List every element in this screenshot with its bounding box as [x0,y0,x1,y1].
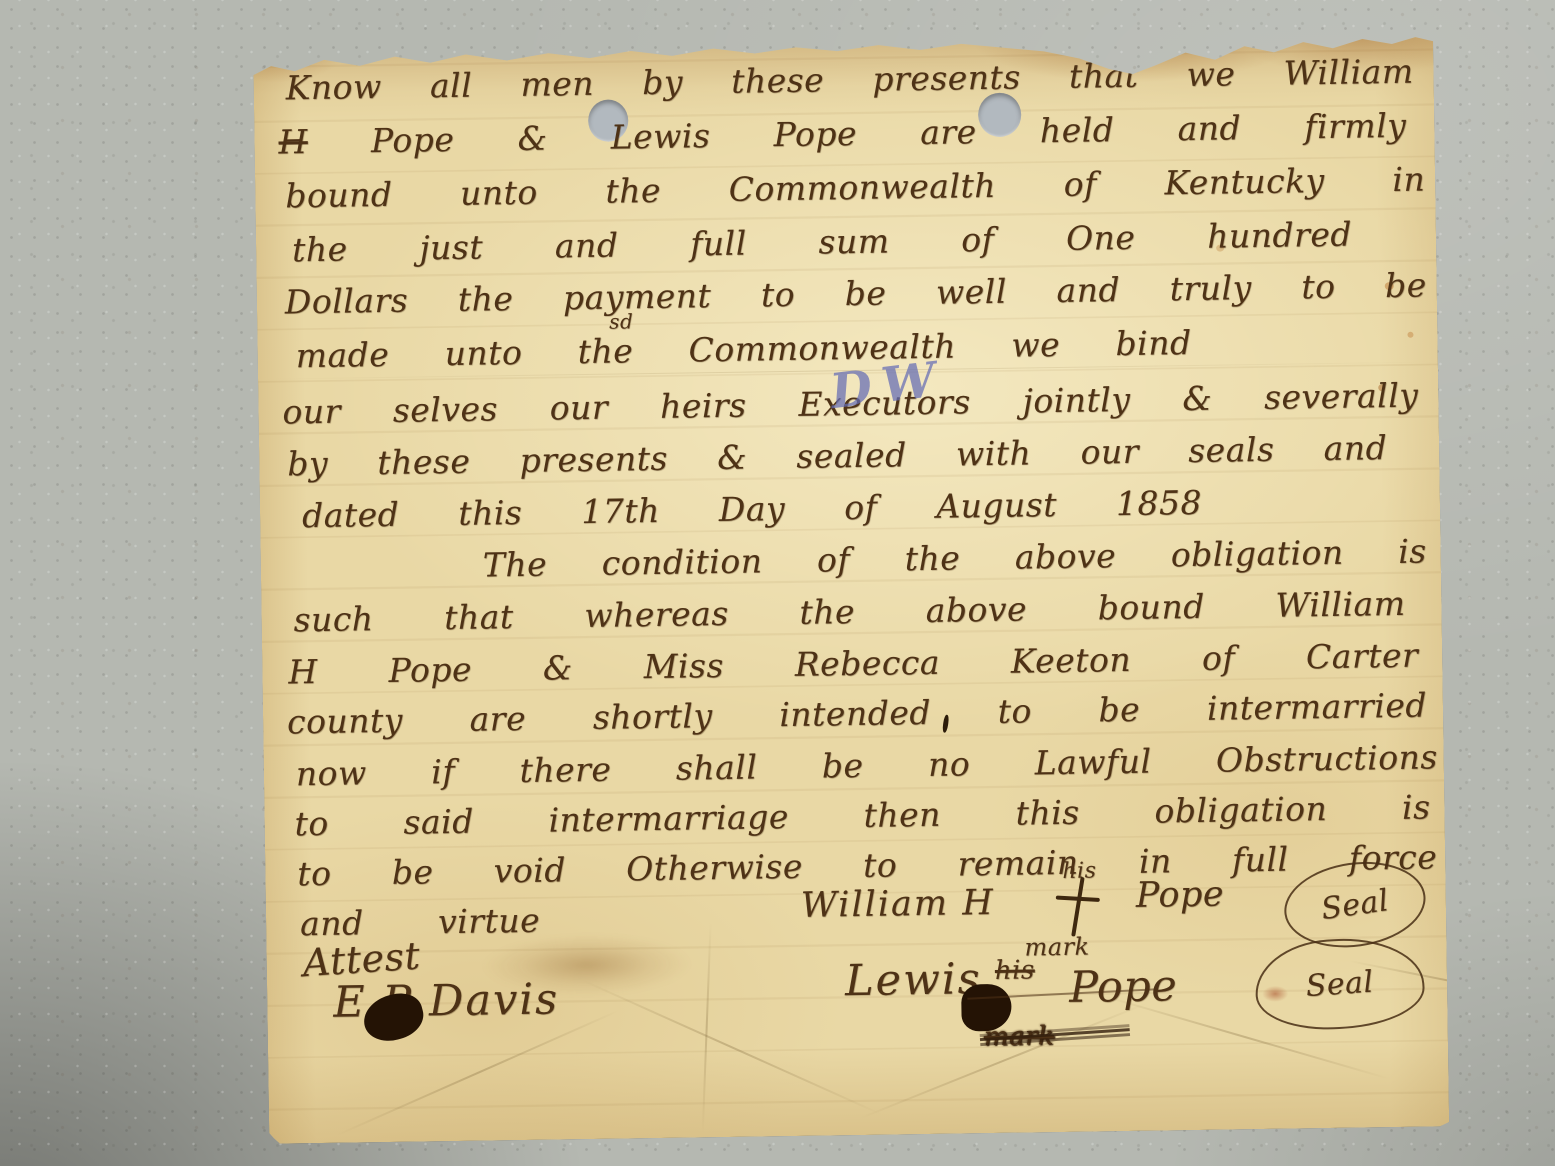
photo-background: Know all men by these presents that we W… [0,0,1555,1166]
handwritten-line-1: Know all men by these presents that we W… [285,52,1414,115]
document-paper: Know all men by these presents that we W… [253,31,1449,1143]
handwritten-line-8: by these presents & sealed with our seal… [287,428,1388,490]
seal-oval-2: Seal [1252,933,1427,1034]
signer2-surname: Pope [1069,961,1178,1013]
fold-crease [702,922,712,1132]
handwritten-line-9: dated this 17th Day of August 1858 [302,483,1203,542]
handwritten-line-2: H Pope & Lewis Pope are held and firmly [278,106,1407,169]
handwritten-line-3: bound unto the Commonwealth of Kentucky … [285,160,1426,223]
superscript-sd: sd [609,309,633,333]
handwritten-line-5: Dollars the payment to be well and truly… [285,266,1428,329]
handwritten-line-11: such that whereas the above bound Willia… [293,584,1406,646]
signer1-surname: Pope [1135,875,1224,916]
handwritten-line-6: made unto the Commonwealth we bind [295,323,1192,382]
handwritten-line-4: the just and full sum of One hundred [292,215,1353,277]
struck-letter-h: H [278,122,308,161]
struck-his: his [995,955,1035,986]
handwritten-line-10: The condition of the above obligation is [483,532,1428,592]
seal-label: Seal [1319,883,1391,927]
fold-crease [580,978,882,1115]
line-text: Pope & Lewis Pope are held and firmly [371,106,1407,160]
foxing-dot [1407,332,1413,338]
seal-label: Seal [1305,964,1375,1003]
x-mark-cross [1055,876,1100,937]
signer1-given-name: William H [801,883,995,926]
